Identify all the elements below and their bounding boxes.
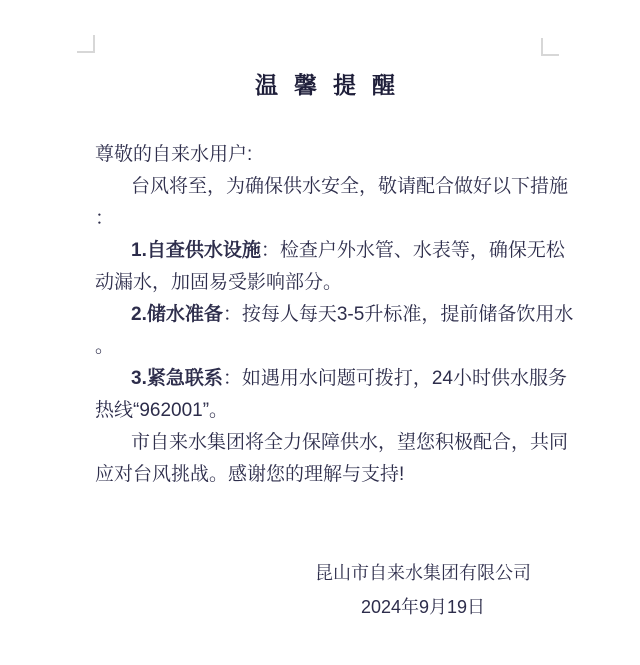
notice-page: 温馨提醒 尊敬的自来水用户:台风将至，为确保供水安全，敬请配合做好以下措施：1.… <box>0 0 640 665</box>
notice-line-text: ：如遇用水问题可拨打，24小时供水服务 <box>223 368 567 389</box>
notice-line: 动漏水，加固易受影响部分。 <box>95 267 565 299</box>
notice-line-bold-segment: 1.自查供水设施 <box>131 240 261 261</box>
notice-line: 1.自查供水设施：检查户外水管、水表等，确保无松 <box>95 235 565 267</box>
notice-line: 台风将至，为确保供水安全，敬请配合做好以下措施 <box>95 171 565 203</box>
notice-line-bold-segment: 2.储水准备 <box>131 304 223 325</box>
signature-company: 昆山市自来水集团有限公司 <box>315 556 531 590</box>
notice-line-text: ：按每人每天3-5升标准，提前储备饮用水 <box>223 304 573 325</box>
notice-title: 温馨提醒 <box>0 72 640 98</box>
notice-line: 市自来水集团将全力保障供水，望您积极配合，共同 <box>95 427 565 459</box>
notice-body: 尊敬的自来水用户:台风将至，为确保供水安全，敬请配合做好以下措施：1.自查供水设… <box>95 139 565 491</box>
notice-line-text: 尊敬的自来水用户: <box>95 144 252 165</box>
notice-line-text: 台风将至，为确保供水安全，敬请配合做好以下措施 <box>131 176 568 197</box>
notice-line: 2.储水准备：按每人每天3-5升标准，提前储备饮用水 <box>95 299 565 331</box>
notice-line-text: 热线“962001”。 <box>95 400 228 421</box>
notice-line: ： <box>95 203 565 235</box>
notice-line-bold-segment: 3.紧急联系 <box>131 368 223 389</box>
notice-line: 热线“962001”。 <box>95 395 565 427</box>
notice-line-text: 应对台风挑战。感谢您的理解与支持! <box>95 464 404 485</box>
signature-block: 昆山市自来水集团有限公司 2024年9月19日 <box>315 556 531 624</box>
signature-date: 2024年9月19日 <box>361 590 485 624</box>
notice-line: 尊敬的自来水用户: <box>95 139 565 171</box>
notice-line: 。 <box>95 331 565 363</box>
corner-mark-top-right-icon <box>541 38 559 56</box>
corner-mark-top-left-icon <box>77 35 95 53</box>
notice-line-text: ： <box>95 208 114 229</box>
notice-line-text: 市自来水集团将全力保障供水，望您积极配合，共同 <box>131 432 568 453</box>
notice-line: 3.紧急联系：如遇用水问题可拨打，24小时供水服务 <box>95 363 565 395</box>
notice-line-text: ：检查户外水管、水表等，确保无松 <box>261 240 565 261</box>
notice-line: 应对台风挑战。感谢您的理解与支持! <box>95 459 565 491</box>
notice-line-text: 动漏水，加固易受影响部分。 <box>95 272 342 293</box>
notice-line-text: 。 <box>95 336 114 357</box>
